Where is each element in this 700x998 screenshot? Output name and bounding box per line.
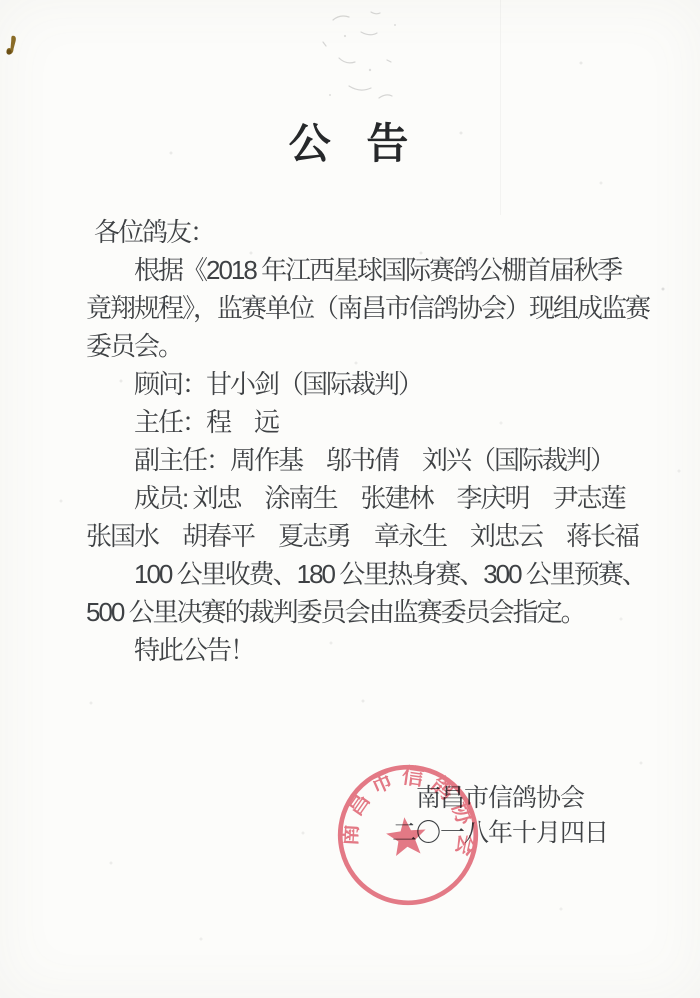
signature-block: 南昌市信鸽协会 二〇一八年十月四日 bbox=[340, 781, 660, 852]
signature-organization: 南昌市信鸽协会 bbox=[340, 781, 660, 815]
notice-body: 各位鸽友： 根据《2018 年江西星球国际赛鸽公棚首届秋季 竟翔规程》，监赛单位… bbox=[86, 213, 660, 669]
body-line: 竟翔规程》，监赛单位（南昌市信鸽协会）现组成监赛 bbox=[86, 289, 660, 327]
staple-mark-icon bbox=[5, 35, 19, 61]
body-line: 委员会。 bbox=[86, 327, 660, 365]
pencil-smudge-marks bbox=[275, 0, 455, 120]
body-line: 副主任：周作基 邬书倩 刘兴（国际裁判） bbox=[86, 441, 660, 479]
body-line: 500 公里决赛的裁判委员会由监赛委员会指定。 bbox=[86, 593, 660, 631]
body-line: 主任：程 远 bbox=[86, 403, 660, 441]
body-line: 特此公告！ bbox=[86, 631, 660, 669]
body-line: 成员: 刘忠 涂南生 张建林 李庆明 尹志莲 bbox=[86, 479, 660, 517]
body-line: 根据《2018 年江西星球国际赛鸽公棚首届秋季 bbox=[86, 251, 660, 289]
scan-line-artifact bbox=[500, 0, 501, 215]
scan-noise-speckles bbox=[0, 0, 2, 2]
signature-date: 二〇一八年十月四日 bbox=[340, 815, 660, 852]
body-line: 张国水 胡春平 夏志勇 章永生 刘忠云 蒋长福 bbox=[86, 517, 660, 555]
body-line: 100 公里收费、180 公里热身赛、300 公里预赛、 bbox=[86, 555, 660, 593]
salutation: 各位鸽友： bbox=[94, 213, 660, 251]
body-line: 顾问：甘小剑（国际裁判） bbox=[86, 365, 660, 403]
scanned-notice-page: 公 告 各位鸽友： 根据《2018 年江西星球国际赛鸽公棚首届秋季 竟翔规程》，… bbox=[0, 0, 700, 998]
